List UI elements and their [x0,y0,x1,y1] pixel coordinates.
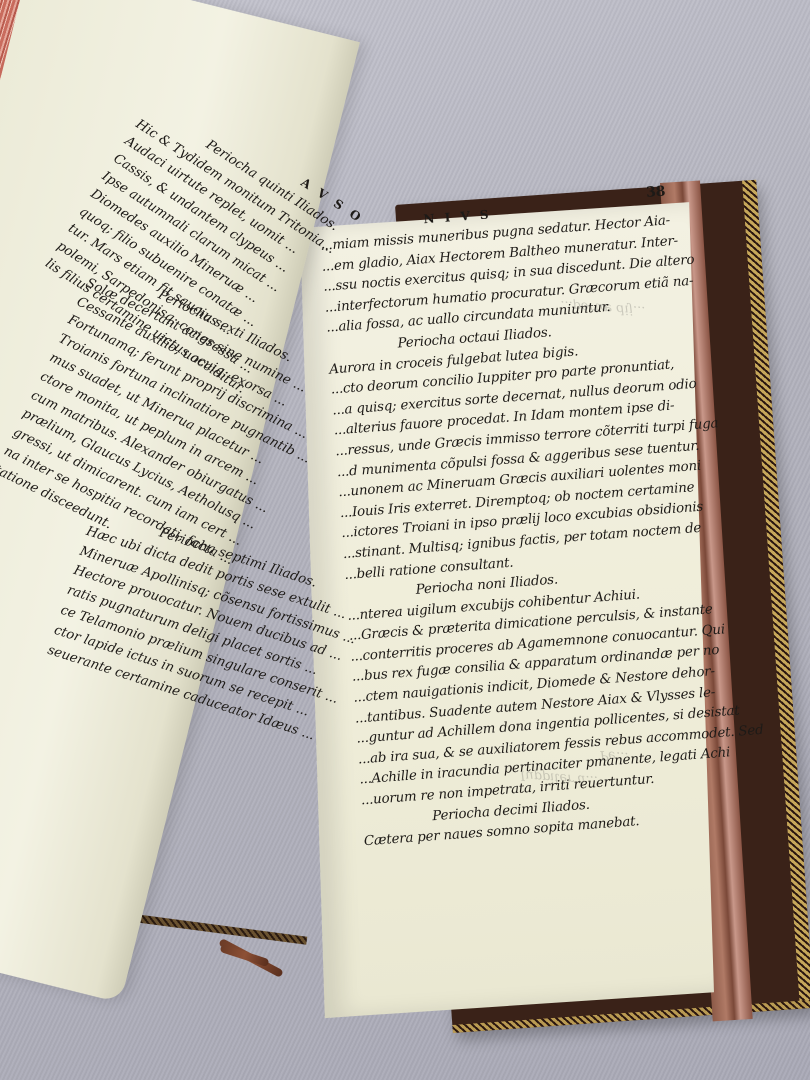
show-through-text: Pe... [600,747,629,764]
page-number: 38 [645,182,666,204]
